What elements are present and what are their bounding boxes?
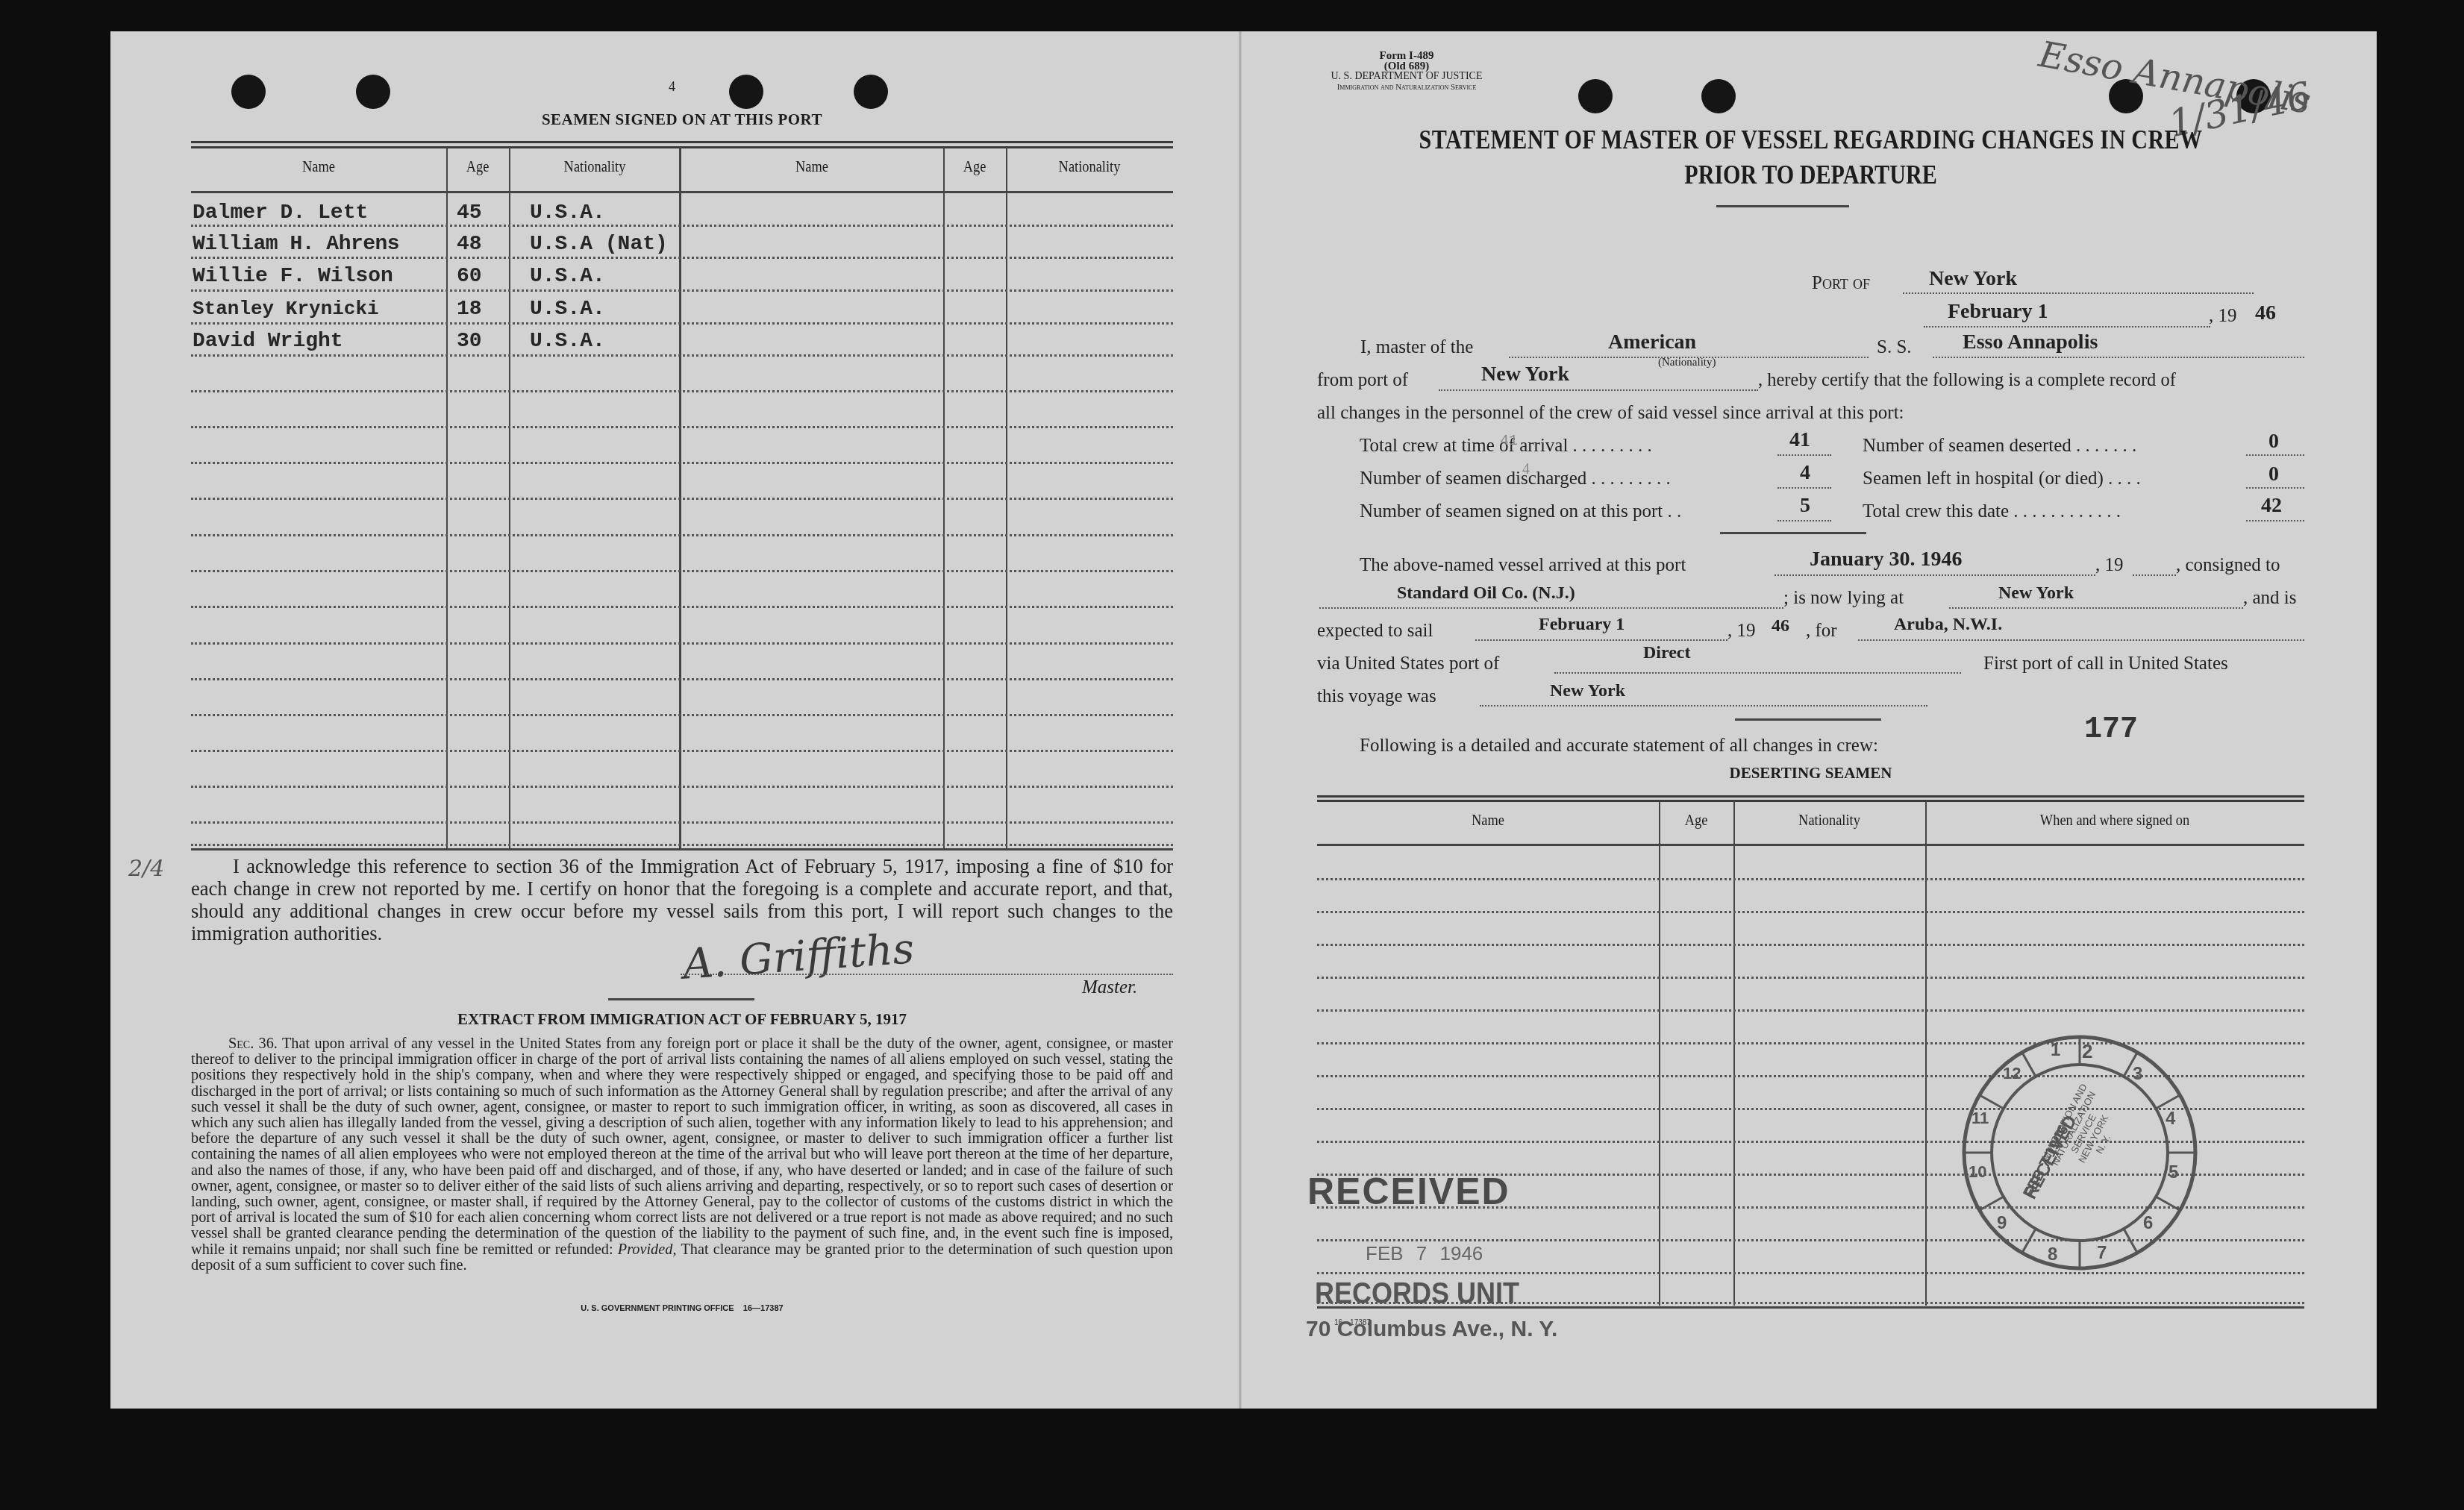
page-fold: [1239, 31, 1242, 1409]
arrived-line: [1774, 574, 2095, 576]
sail-line: [1475, 639, 1727, 641]
date-line: [1924, 326, 2210, 328]
consigned-label: , consigned to: [2176, 555, 2280, 576]
stat-value-total-date: 42: [2261, 494, 2282, 518]
certify-text: , hereby certify that the following is a…: [1758, 370, 2176, 391]
first-port-label: First port of call in United States: [1983, 654, 2228, 674]
ss-label: S. S.: [1877, 337, 1912, 358]
seaman-name: William H. Ahrens: [193, 233, 399, 256]
received-stamp: RECEIVED: [1307, 1170, 1510, 1213]
stat-line: [1777, 454, 1831, 456]
vessel-name: Esso Annapolis: [1963, 330, 2098, 354]
department: U. S. DEPARTMENT OF JUSTICE: [1321, 72, 1492, 82]
year-line: [2133, 574, 2176, 576]
stat-label-discharged: Number of seamen discharged . . . . . . …: [1360, 469, 1671, 489]
stat-label-total-date: Total crew this date . . . . . . . . . .…: [1863, 501, 2121, 522]
printer-imprint: U. S. GOVERNMENT PRINTING OFFICE 16—1738…: [191, 1304, 1173, 1313]
stat-label-hospital: Seamen left in hospital (or died) . . . …: [1863, 469, 2141, 489]
destination-line: [1858, 639, 2304, 641]
nationality-caption: (Nationality): [1658, 357, 1716, 369]
stat-label-deserted: Number of seamen deserted . . . . . . .: [1863, 436, 2136, 457]
consignee-line: [1319, 607, 1783, 609]
col-divider: [1733, 801, 1735, 1306]
stat-line: [2246, 487, 2304, 489]
divider-rule: [608, 998, 754, 1000]
seaman-age: 48: [457, 233, 482, 256]
stat-value-discharged: 4: [1800, 461, 1810, 485]
punch-hole: [356, 75, 390, 109]
consignee-value: Standard Oil Co. (N.J.): [1397, 583, 1575, 604]
year-prefix: , 19: [2209, 306, 2237, 327]
table-bottom-rule: [191, 848, 1173, 850]
from-port-line: [1439, 389, 1758, 391]
seaman-name: David Wright: [193, 330, 343, 353]
following-text: Following is a detailed and accurate sta…: [1360, 736, 1878, 756]
col-header-nationality: Nationality: [516, 159, 674, 176]
col-header-age: Age: [448, 159, 506, 176]
lying-label: ; is now lying at: [1783, 588, 1904, 609]
stat-value-hospital: 0: [2268, 463, 2279, 486]
page-stamp-number: 177: [2084, 713, 2138, 747]
col-header-nationality: Nationality: [1741, 812, 1917, 830]
received-date-stamp: FEB 7 1946: [1366, 1242, 1483, 1265]
punch-hole: [729, 75, 763, 109]
seaman-nationality: U.S.A.: [530, 298, 605, 321]
date-value: February 1: [1948, 300, 2048, 324]
page-number: 4: [669, 79, 675, 95]
stat-value-total-arrival: 41: [1789, 428, 1810, 452]
col-header-age-2: Age: [945, 159, 1003, 176]
seaman-nationality: U.S.A.: [530, 201, 605, 225]
table-top-rule: [191, 141, 1173, 143]
punch-hole: [854, 75, 888, 109]
address-stamp: 70 Columbus Ave., N. Y.: [1306, 1317, 1557, 1342]
stat-line: [2246, 520, 2304, 521]
seaman-age: 30: [457, 330, 482, 353]
punch-hole: [1701, 79, 1736, 113]
stat-line: [1777, 487, 1831, 489]
from-port-label: from port of: [1317, 370, 1408, 391]
arrived-year: , 19: [2095, 555, 2124, 576]
col-header-nationality-2: Nationality: [1013, 159, 1166, 176]
via-value: Direct: [1643, 643, 1691, 663]
master-label: I, master of the: [1360, 337, 1473, 358]
destination-value: Aruba, N.W.I.: [1894, 615, 2002, 635]
sail-label: expected to sail: [1317, 621, 1433, 642]
round-received-stamp: 2 1 3 4 5 6 7 8 9 10 11 12 RECEIVED FEB …: [1958, 1031, 2201, 1274]
deserting-seamen-title: DESERTING SEAMEN: [1317, 764, 2304, 783]
col-header-name: Name: [1331, 812, 1645, 830]
seaman-nationality: U.S.A.: [530, 265, 605, 288]
seamen-signed-title: SEAMEN SIGNED ON AT THIS PORT: [191, 110, 1173, 129]
pencil-mark: 4: [1522, 461, 1530, 478]
col-header-name-2: Name: [691, 159, 933, 176]
voyage-line: [1480, 705, 1927, 707]
lying-line: [1949, 607, 2243, 609]
sail-value: February 1: [1539, 615, 1625, 635]
table-header-rule: [1317, 844, 2304, 846]
signature-line: [681, 974, 1173, 975]
table-top-rule: [1317, 795, 2304, 798]
form-title: STATEMENT OF MASTER OF VESSEL REGARDING …: [1317, 122, 2304, 192]
acknowledgement-text: I acknowledge this reference to section …: [191, 855, 1173, 944]
punch-hole: [231, 75, 266, 109]
divider-rule: [1716, 205, 1849, 207]
seaman-name: Willie F. Wilson: [193, 265, 393, 288]
stat-line: [1777, 520, 1831, 521]
vessel-line: [1933, 357, 2304, 358]
col-header-when-where: When and where signed on: [1940, 812, 2289, 830]
nationality-value: American: [1608, 330, 1696, 354]
table-top-rule: [1317, 800, 2304, 802]
arrived-label: The above-named vessel arrived at this p…: [1360, 555, 1686, 576]
form-number-block: Form I-489 (Old 689) U. S. DEPARTMENT OF…: [1321, 51, 1492, 93]
form-number: Form I-489: [1321, 51, 1492, 61]
col-header-age: Age: [1662, 812, 1730, 830]
arrived-value: January 30. 1946: [1810, 548, 1963, 571]
col-header-name: Name: [201, 159, 437, 176]
records-unit-stamp: RECORDS UNIT: [1315, 1277, 1519, 1311]
divider-rule: [1735, 718, 1881, 721]
port-label: Port of: [1812, 273, 1870, 294]
table-header-rule: [191, 191, 1173, 193]
for-label: , for: [1806, 621, 1837, 642]
stat-label-signed-on: Number of seamen signed on at this port …: [1360, 501, 1681, 522]
extract-title: EXTRACT FROM IMMIGRATION ACT OF FEBRUARY…: [191, 1010, 1173, 1029]
seaman-age: 18: [457, 298, 482, 321]
seaman-age: 60: [457, 265, 482, 288]
divider-rule: [1720, 532, 1866, 534]
stat-line: [2246, 454, 2304, 456]
port-value: New York: [1929, 267, 2017, 291]
col-divider: [1925, 801, 1927, 1306]
pencil-mark: 41: [1500, 433, 1518, 450]
lying-value: New York: [1998, 583, 2074, 604]
punch-hole: [1578, 79, 1613, 113]
stat-value-deserted: 0: [2268, 430, 2279, 454]
certify-text-2: all changes in the personnel of the crew…: [1317, 403, 1904, 424]
port-line: [1903, 292, 2254, 294]
and-is-label: , and is: [2243, 588, 2297, 609]
seaman-name: Dalmer D. Lett: [193, 201, 368, 225]
col-divider: [1659, 801, 1660, 1306]
seaman-age: 45: [457, 201, 482, 225]
master-label: Master.: [1082, 977, 1137, 998]
extract-body: Sec. 36. That upon arrival of any vessel…: [191, 1036, 1173, 1274]
via-label: via United States port of: [1317, 654, 1499, 674]
voyage-label: this voyage was: [1317, 686, 1436, 707]
year-value: 46: [2255, 301, 2276, 325]
via-line: [1554, 672, 1961, 674]
margin-pencil-note: 2/4: [128, 856, 151, 882]
voyage-value: New York: [1550, 681, 1625, 701]
stat-value-signed-on: 5: [1800, 494, 1810, 518]
table-top-rule: [191, 146, 1173, 148]
seaman-nationality: U.S.A.: [530, 330, 605, 353]
seaman-nationality: U.S.A (Nat): [530, 233, 668, 256]
seaman-name: Stanley Krynicki: [193, 298, 379, 320]
sail-year-prefix: , 19: [1727, 621, 1756, 642]
service: Immigration and Naturalization Service: [1321, 82, 1492, 93]
form-old-number: (Old 689): [1321, 61, 1492, 72]
sail-year: 46: [1772, 616, 1789, 636]
from-port-value: New York: [1481, 363, 1569, 386]
